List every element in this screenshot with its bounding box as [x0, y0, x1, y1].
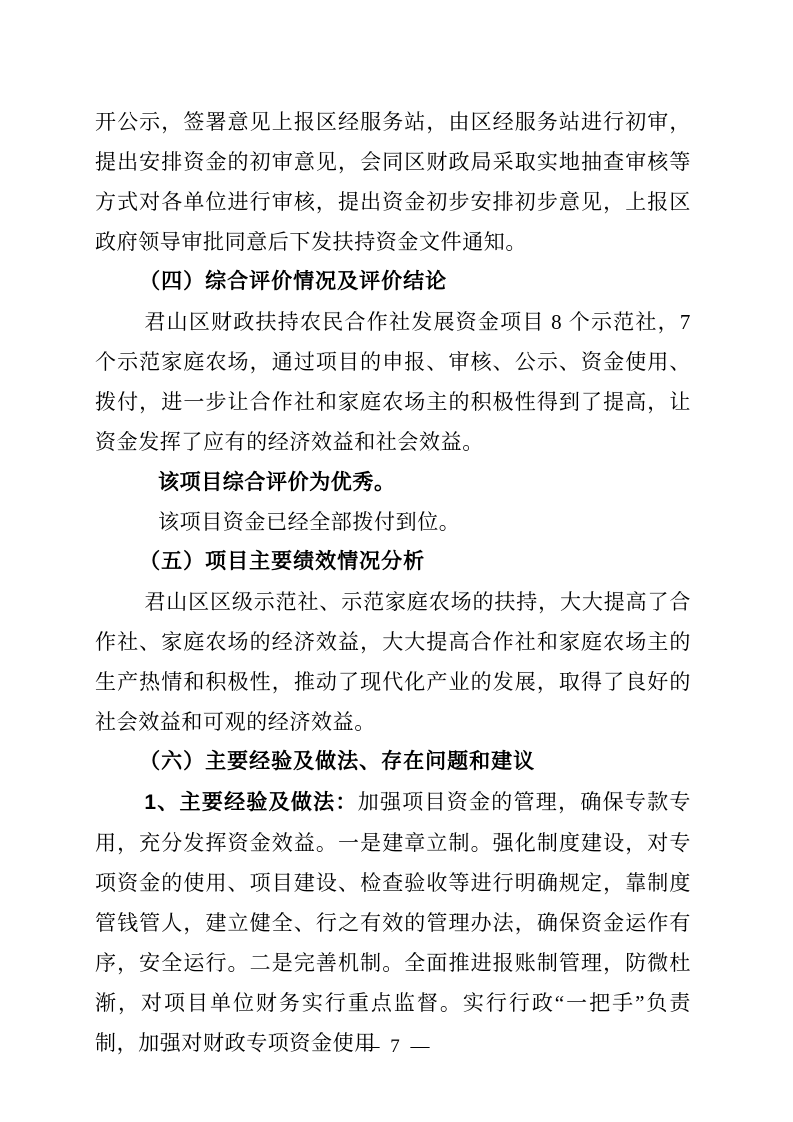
- body-paragraph-experience: 1、主要经验及做法：加强项目资金的管理，确保专款专用，充分发挥资金效益。一是建章…: [95, 782, 691, 1063]
- experience-lead-bold: 1、主要经验及做法：: [144, 791, 357, 814]
- experience-body-text: 加强项目资金的管理，确保专款专用，充分发挥资金效益。一是建章立制。强化制度建设，…: [95, 790, 691, 1055]
- page-number: — 7 —: [0, 1036, 793, 1058]
- section-heading-six: （六）主要经验及做法、存在问题和建议: [95, 742, 691, 782]
- body-paragraph-evaluation: 君山区财政扶持农民合作社发展资金项目 8 个示范社，7 个示范家庭农场，通过项目…: [95, 302, 691, 462]
- section-heading-four: （四）综合评价情况及评价结论: [95, 262, 691, 302]
- body-paragraph-continuation: 开公示，签署意见上报区经服务站，由区经服务站进行初审，提出安排资金的初审意见，会…: [95, 102, 691, 262]
- section-heading-five: （五）项目主要绩效情况分析: [95, 542, 691, 582]
- conclusion-statement-bold: 该项目综合评价为优秀。: [95, 462, 691, 502]
- document-body: 开公示，签署意见上报区经服务站，由区经服务站进行初审，提出安排资金的初审意见，会…: [95, 102, 691, 1063]
- funds-disbursed-statement: 该项目资金已经全部拨付到位。: [95, 502, 691, 542]
- body-paragraph-performance: 君山区区级示范社、示范家庭农场的扶持，大大提高了合作社、家庭农场的经济效益，大大…: [95, 582, 691, 742]
- document-page: 开公示，签署意见上报区经服务站，由区经服务站进行初审，提出安排资金的初审意见，会…: [0, 0, 793, 1122]
